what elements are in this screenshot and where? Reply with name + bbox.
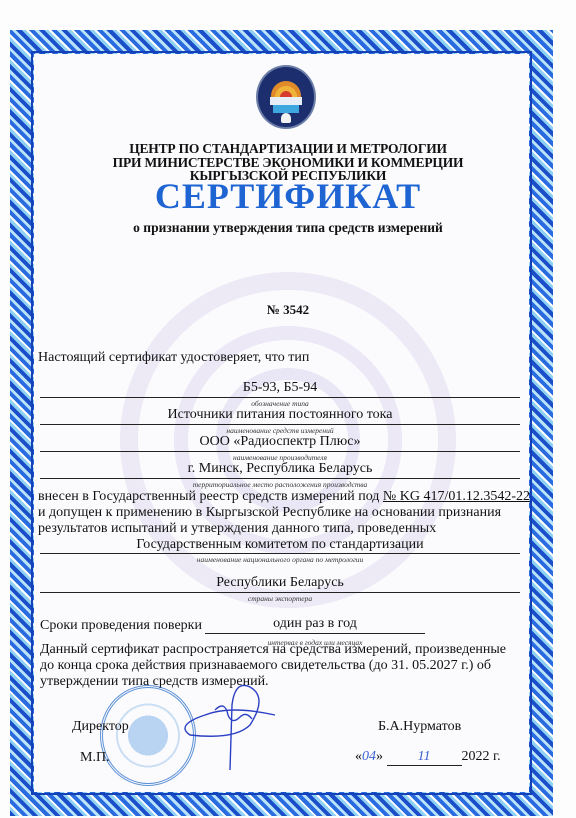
national-body-caption: наименование национального органа по мет… [40,555,520,564]
certificate-subtitle: о признании утверждения типа средств изм… [0,220,576,236]
underline [40,451,520,452]
certificate-number: № 3542 [0,302,576,318]
verification-value: один раз в год [205,616,425,632]
validity-line-1: Данный сертификат распространяется на ср… [40,642,506,658]
intro-text: Настоящий сертификат удостоверяет, что т… [38,350,309,366]
manufacturer-value: ООО «Радиоспектр Плюс» [40,434,520,450]
date-year: 2022 г. [462,749,501,764]
underline [205,633,425,634]
verification-label: Сроки проведения поверки [40,618,202,634]
date-open-quote: « [355,749,362,764]
registry-line-2: и допущен к применению в Кыргызской Респ… [38,505,501,521]
exporter-country-caption: страны экспортера [40,594,520,603]
date-month: 11 [387,749,462,766]
registry-line-1: внесен в Государственный реестр средств … [38,489,530,505]
seal-label: М.П. [80,750,110,766]
date-close-quote: » [376,749,383,764]
underline [40,478,520,479]
registry-line-3: результатов испытаний и утверждения данн… [38,521,436,537]
issuer-line-1: ЦЕНТР ПО СТАНДАРТИЗАЦИИ И МЕТРОЛОГИИ [0,141,576,156]
exporter-country-value: Республики Беларусь [40,575,520,591]
underline [40,424,520,425]
type-designation-value: Б5-93, Б5-94 [40,380,520,396]
certificate-title: СЕРТИФИКАТ [0,175,576,217]
underline [40,397,520,398]
national-body-value: Государственным комитетом по стандартиза… [40,537,520,553]
date-day: 04 [362,749,376,764]
underline [40,553,520,554]
kyrgyz-emblem-icon [256,65,316,129]
location-caption: территориальное место расположения произ… [40,480,520,489]
registry-number: № KG 417/01.12.3542-22 [383,489,530,504]
location-value: г. Минск, Республика Беларусь [40,461,520,477]
validity-line-2: до конца срока действия признаваемого св… [40,658,491,674]
instrument-name-value: Источники питания постоянного тока [40,407,520,423]
underline [40,592,520,593]
director-label: Директор [72,719,129,735]
director-name: Б.А.Нурматов [378,719,461,735]
registry-prefix: внесен в Государственный реестр средств … [38,489,383,504]
director-signature [180,675,290,775]
signature-date: «04» 112022 г. [355,749,501,766]
